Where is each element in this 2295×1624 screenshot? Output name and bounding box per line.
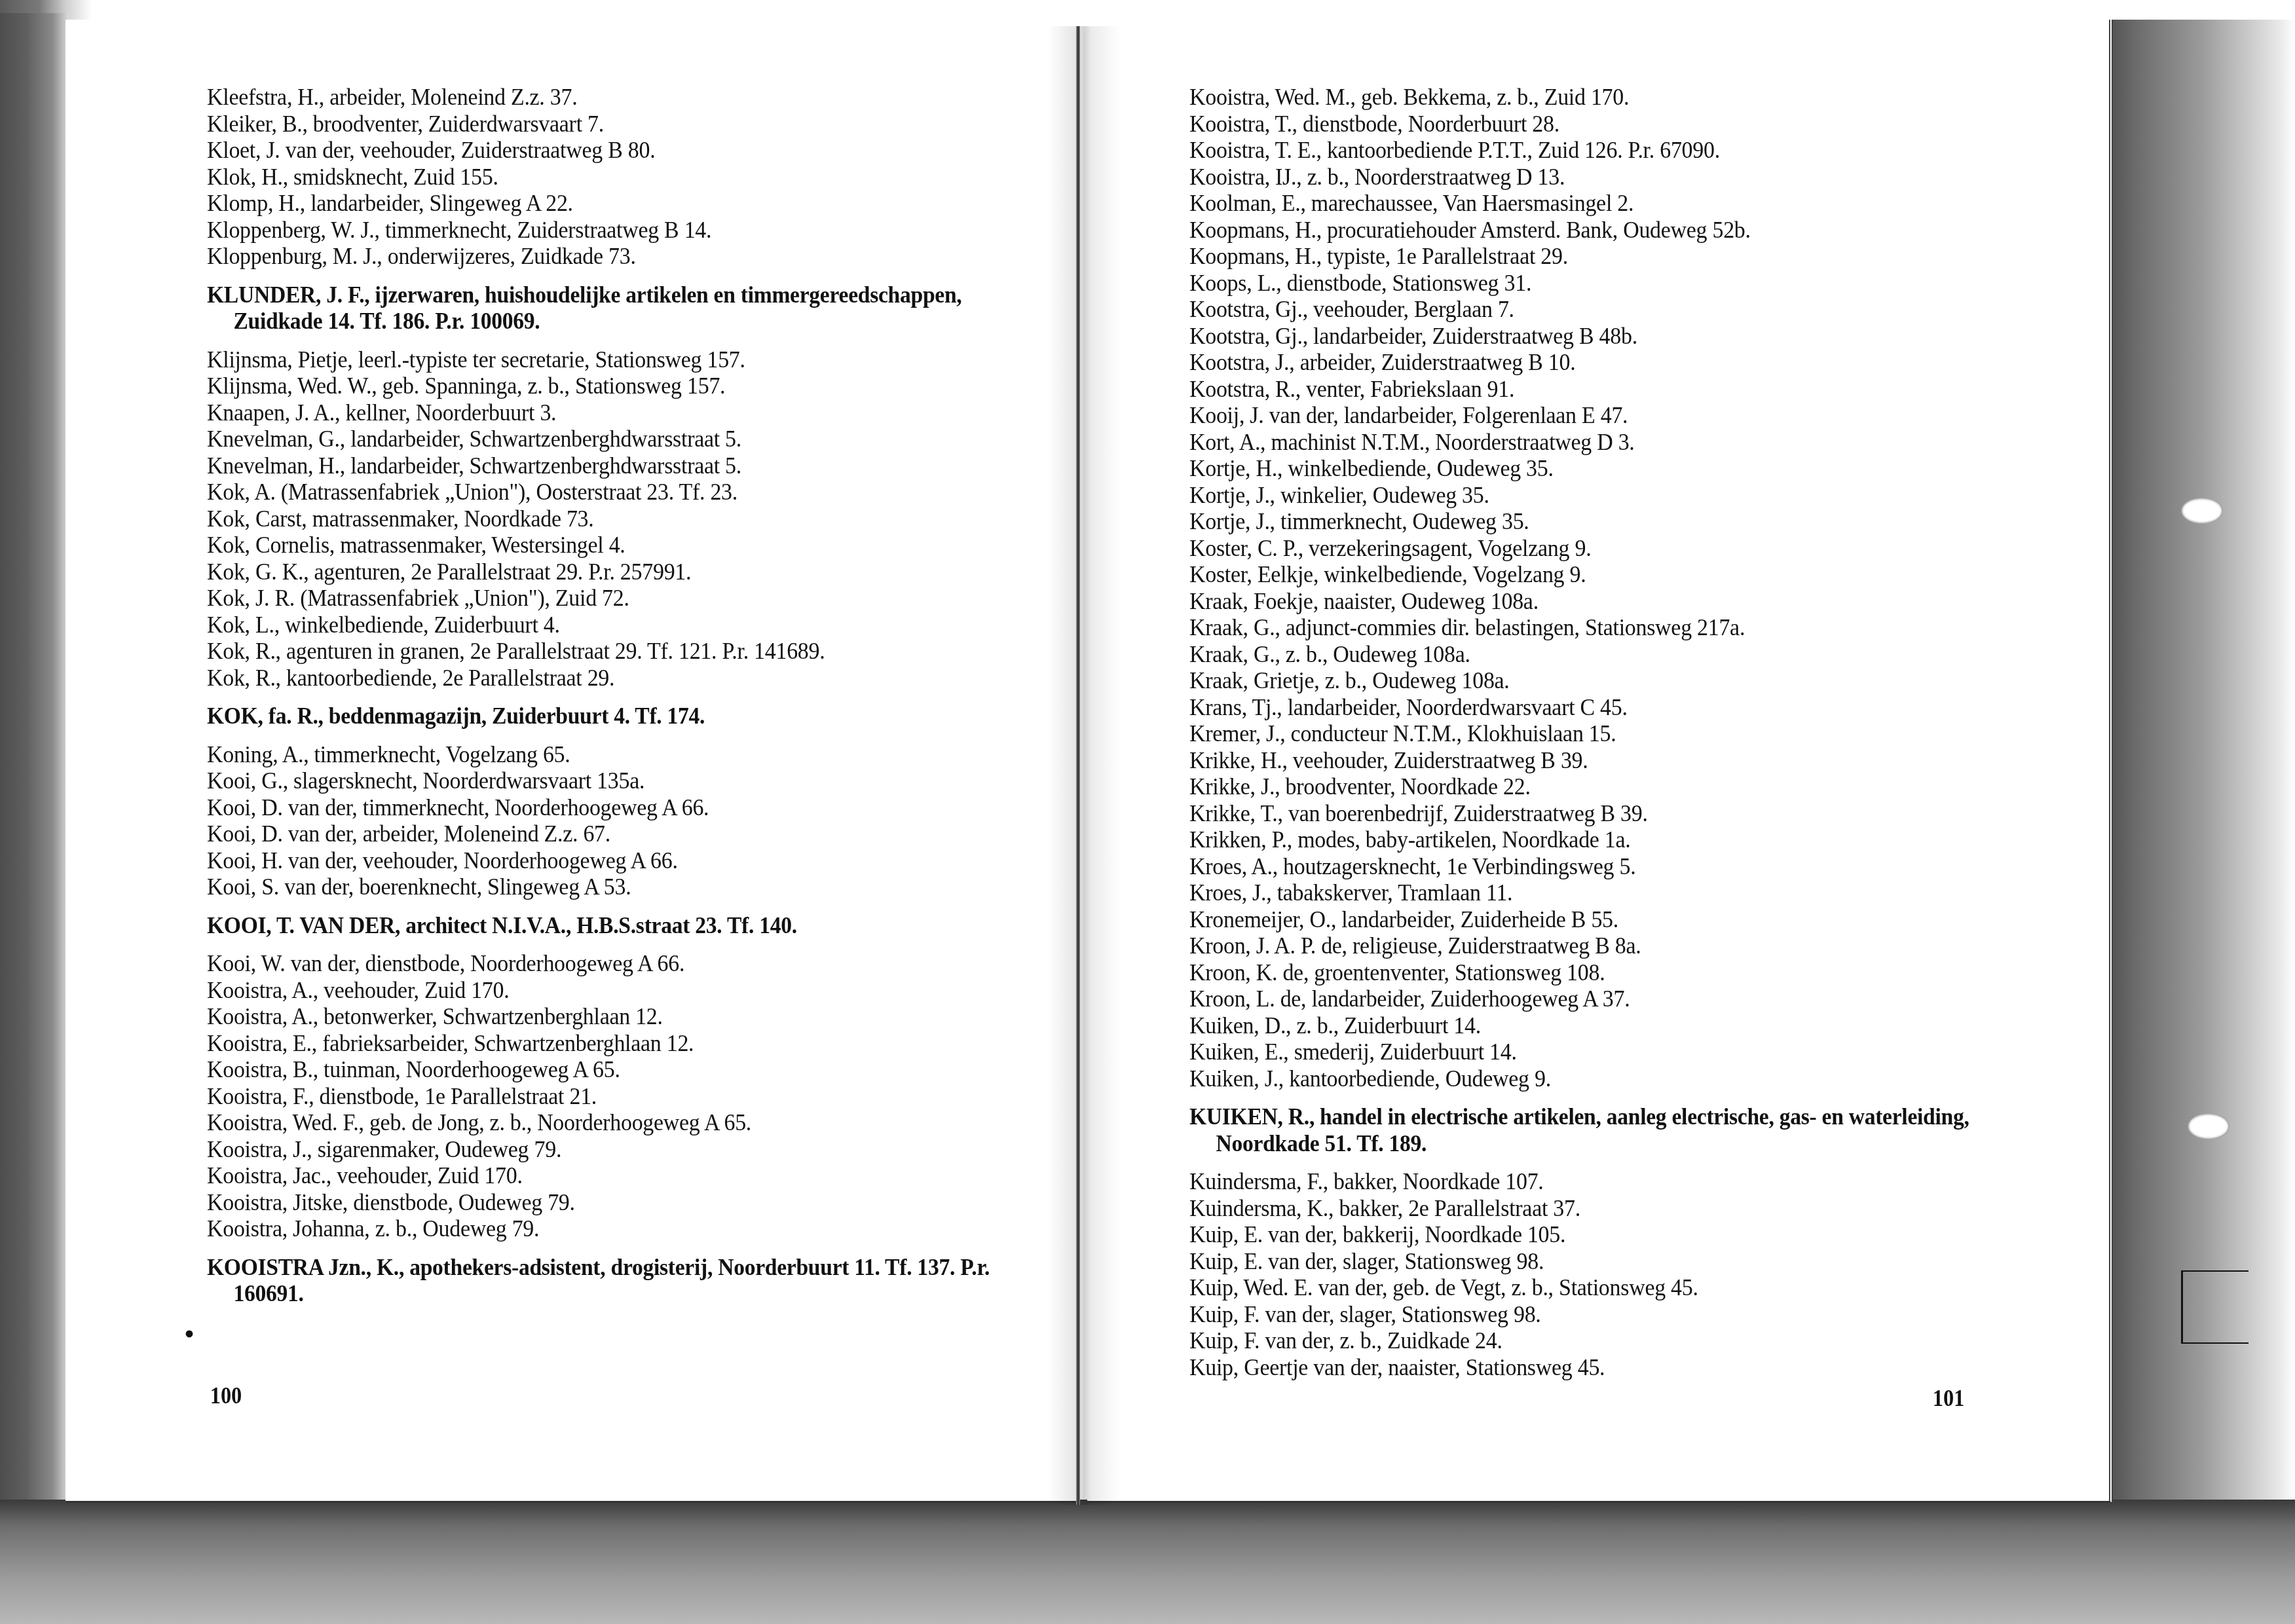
spine-shadow (1048, 26, 1120, 1505)
page-number-left: 100 (210, 1382, 242, 1409)
directory-entry: Kooistra, J., sigarenmaker, Oudeweg 79. (207, 1136, 956, 1163)
directory-entry: Kroon, L. de, landarbeider, Zuiderhoogew… (1189, 986, 1945, 1012)
directory-entry: Kooistra, Wed. F., geb. de Jong, z. b., … (207, 1109, 956, 1136)
directory-entry: Kloppenberg, W. J., timmerknecht, Zuider… (207, 217, 956, 244)
directory-entry: Kooi, D. van der, arbeider, Moleneind Z.… (207, 821, 956, 847)
directory-entry: Kuip, E. van der, bakkerij, Noordkade 10… (1189, 1221, 1945, 1248)
punch-hole-icon (2188, 1113, 2230, 1139)
page-number-right: 101 (1933, 1384, 1965, 1412)
directory-entry: Kraak, Grietje, z. b., Oudeweg 108a. (1189, 667, 1945, 694)
directory-entry: Kootstra, Gj., veehouder, Berglaan 7. (1189, 296, 1945, 323)
directory-entry: Kok, G. K., agenturen, 2e Parallelstraat… (207, 559, 956, 585)
book-spine (1076, 26, 1080, 1505)
directory-entry: Kooistra, A., betonwerker, Schwartzenber… (207, 1003, 956, 1030)
directory-entry: Kraak, G., z. b., Oudeweg 108a. (1189, 641, 1945, 668)
directory-entry: Koolman, E., marechaussee, Van Haersmasi… (1189, 190, 1945, 217)
directory-entry: Kleefstra, H., arbeider, Moleneind Z.z. … (207, 84, 956, 111)
directory-entry: Kuindersma, K., bakker, 2e Parallelstraa… (1189, 1195, 1945, 1222)
directory-entry: Krikke, T., van boerenbedrijf, Zuiderstr… (1189, 800, 1945, 827)
directory-entry: Kok, L., winkelbediende, Zuiderbuurt 4. (207, 612, 956, 638)
directory-entry: Kuiken, E., smederij, Zuiderbuurt 14. (1189, 1039, 1945, 1065)
directory-entry: Kooistra, B., tuinman, Noorderhoogeweg A… (207, 1056, 956, 1083)
directory-entry: Kortje, J., timmerknecht, Oudeweg 35. (1189, 508, 1945, 535)
left-page-entries: Kleefstra, H., arbeider, Moleneind Z.z. … (207, 84, 1013, 1319)
directory-entry: Klijnsma, Wed. W., geb. Spanninga, z. b.… (207, 373, 956, 399)
directory-entry: Kroes, A., houtzagersknecht, 1e Verbindi… (1189, 853, 1945, 880)
directory-entry: Krans, Tj., landarbeider, Noorderdwarsva… (1189, 694, 1945, 721)
directory-entry: Kok, J. R. (Matrassenfabriek „Union"), Z… (207, 585, 956, 612)
directory-entry: Kooistra, Johanna, z. b., Oudeweg 79. (207, 1215, 956, 1242)
directory-entry: Knevelman, H., landarbeider, Schwartzenb… (207, 452, 956, 479)
directory-entry: Kortje, H., winkelbediende, Oudeweg 35. (1189, 455, 1945, 482)
directory-entry: Kort, A., machinist N.T.M., Noorderstraa… (1189, 429, 1945, 456)
directory-entry: Klok, H., smidsknecht, Zuid 155. (207, 164, 956, 191)
directory-entry: Kronemeijer, O., landarbeider, Zuiderhei… (1189, 906, 1945, 933)
directory-entry: Kloppenburg, M. J., onderwijzeres, Zuidk… (207, 243, 956, 270)
directory-entry: Knevelman, G., landarbeider, Schwartzenb… (207, 426, 956, 452)
directory-entry: Krikke, H., veehouder, Zuiderstraatweg B… (1189, 747, 1945, 774)
directory-entry: Kooistra, Jitske, dienstbode, Oudeweg 79… (207, 1189, 956, 1216)
directory-entry: Koopmans, H., procuratiehouder Amsterd. … (1189, 217, 1945, 244)
directory-entry: Klomp, H., landarbeider, Slingeweg A 22. (207, 190, 956, 217)
directory-entry: Kooi, H. van der, veehouder, Noorderhoog… (207, 847, 956, 874)
directory-entry: Kootstra, R., venter, Fabriekslaan 91. (1189, 376, 1945, 403)
directory-entry: Kooistra, IJ., z. b., Noorderstraatweg D… (1189, 164, 1945, 191)
directory-entry: Kuiken, D., z. b., Zuiderbuurt 14. (1189, 1012, 1945, 1039)
directory-entry: Kraak, Foekje, naaister, Oudeweg 108a. (1189, 588, 1945, 615)
directory-entry: Kootstra, J., arbeider, Zuiderstraatweg … (1189, 349, 1945, 376)
directory-entry: Koops, L., dienstbode, Stationsweg 31. (1189, 270, 1945, 297)
directory-entry: Kloet, J. van der, veehouder, Zuiderstra… (207, 137, 956, 164)
directory-entry: Koster, Eelkje, winkelbediende, Vogelzan… (1189, 561, 1945, 588)
directory-entry: Koster, C. P., verzekeringsagent, Vogelz… (1189, 535, 1945, 562)
business-listing-heading: KUIKEN, R., handel in electrische artike… (1189, 1103, 2011, 1156)
directory-entry: Kooistra, T. E., kantoorbediende P.T.T.,… (1189, 137, 1945, 164)
directory-entry: Kooi, D. van der, timmerknecht, Noorderh… (207, 794, 956, 821)
directory-entry: Kuip, E. van der, slager, Stationsweg 98… (1189, 1248, 1945, 1275)
directory-entry: Koopmans, H., typiste, 1e Parallelstraat… (1189, 243, 1945, 270)
binder-tab-mark (2181, 1270, 2248, 1344)
directory-entry: Kroon, K. de, groentenventer, Stationswe… (1189, 959, 1945, 986)
directory-entry: Kuip, F. van der, z. b., Zuidkade 24. (1189, 1327, 1945, 1354)
directory-entry: Kooistra, Wed. M., geb. Bekkema, z. b., … (1189, 84, 1945, 111)
margin-dot-mark: • (185, 1319, 194, 1350)
directory-entry: Kok, R., kantoorbediende, 2e Parallelstr… (207, 665, 956, 692)
directory-entry: Kooistra, E., fabrieksarbeider, Schwartz… (207, 1030, 956, 1057)
directory-entry: Kok, R., agenturen in granen, 2e Paralle… (207, 638, 1038, 665)
directory-entry: Kok, A. (Matrassenfabriek „Union"), Oost… (207, 479, 956, 506)
directory-entry: Krikke, J., broodventer, Noordkade 22. (1189, 773, 1945, 800)
book-edge-left (0, 13, 69, 1513)
business-listing-heading: KLUNDER, J. F., ijzerwaren, huishoudelij… (207, 282, 1029, 335)
business-listing-heading: KOOI, T. VAN DER, architect N.I.V.A., H.… (207, 912, 1029, 939)
directory-entry: Kok, Cornelis, matrassenmaker, Westersin… (207, 532, 956, 559)
business-listing-heading: KOK, fa. R., beddenmagazijn, Zuiderbuurt… (207, 703, 1029, 729)
directory-entry: Kooi, W. van der, dienstbode, Noorderhoo… (207, 950, 956, 977)
directory-entry: Knaapen, J. A., kellner, Noorderbuurt 3. (207, 399, 956, 426)
directory-entry: Kuip, Wed. E. van der, geb. de Vegt, z. … (1189, 1274, 1945, 1301)
directory-entry: Kuindersma, F., bakker, Noordkade 107. (1189, 1168, 1945, 1195)
directory-entry: Krikken, P., modes, baby-artikelen, Noor… (1189, 826, 1945, 853)
directory-entry: Kleiker, B., broodventer, Zuiderdwarsvaa… (207, 111, 956, 138)
directory-entry: Kooistra, A., veehouder, Zuid 170. (207, 977, 956, 1004)
directory-entry: Kremer, J., conducteur N.T.M., Klokhuisl… (1189, 720, 1945, 747)
book-edge-right-shadow (2096, 20, 2295, 1624)
business-listing-heading: KOOISTRA Jzn., K., apothekers-adsistent,… (207, 1254, 1029, 1307)
directory-entry: Klijnsma, Pietje, leerl.-typiste ter sec… (207, 346, 956, 373)
directory-entry: Kroon, J. A. P. de, religieuse, Zuiderst… (1189, 932, 1945, 959)
directory-entry: Kok, Carst, matrassenmaker, Noordkade 73… (207, 506, 956, 532)
directory-entry: Kortje, J., winkelier, Oudeweg 35. (1189, 482, 1945, 509)
directory-entry: Kootstra, Gj., landarbeider, Zuiderstraa… (1189, 323, 1945, 350)
directory-entry: Kuip, F. van der, slager, Stationsweg 98… (1189, 1301, 1945, 1328)
right-page-entries: Kooistra, Wed. M., geb. Bekkema, z. b., … (1189, 84, 2002, 1380)
book-bottom-shadow (0, 1500, 2295, 1624)
directory-entry: Kraak, G., adjunct-commies dir. belastin… (1189, 614, 1945, 641)
directory-entry: Kooistra, F., dienstbode, 1e Parallelstr… (207, 1083, 956, 1110)
directory-entry: Kuip, Geertje van der, naaister, Station… (1189, 1354, 1945, 1381)
directory-entry: Kooi, G., slagersknecht, Noorderdwarsvaa… (207, 767, 956, 794)
directory-entry: Kooi, S. van der, boerenknecht, Slingewe… (207, 874, 956, 900)
directory-entry: Koning, A., timmerknecht, Vogelzang 65. (207, 741, 956, 768)
directory-entry: Kooistra, Jac., veehouder, Zuid 170. (207, 1162, 956, 1189)
directory-entry: Kuiken, J., kantoorbediende, Oudeweg 9. (1189, 1065, 1945, 1092)
directory-entry: Kooij, J. van der, landarbeider, Folgere… (1189, 402, 1945, 429)
directory-entry: Kroes, J., tabakskerver, Tramlaan 11. (1189, 879, 1945, 906)
punch-hole-icon (2181, 498, 2223, 524)
directory-entry: Kooistra, T., dienstbode, Noorderbuurt 2… (1189, 111, 1945, 138)
